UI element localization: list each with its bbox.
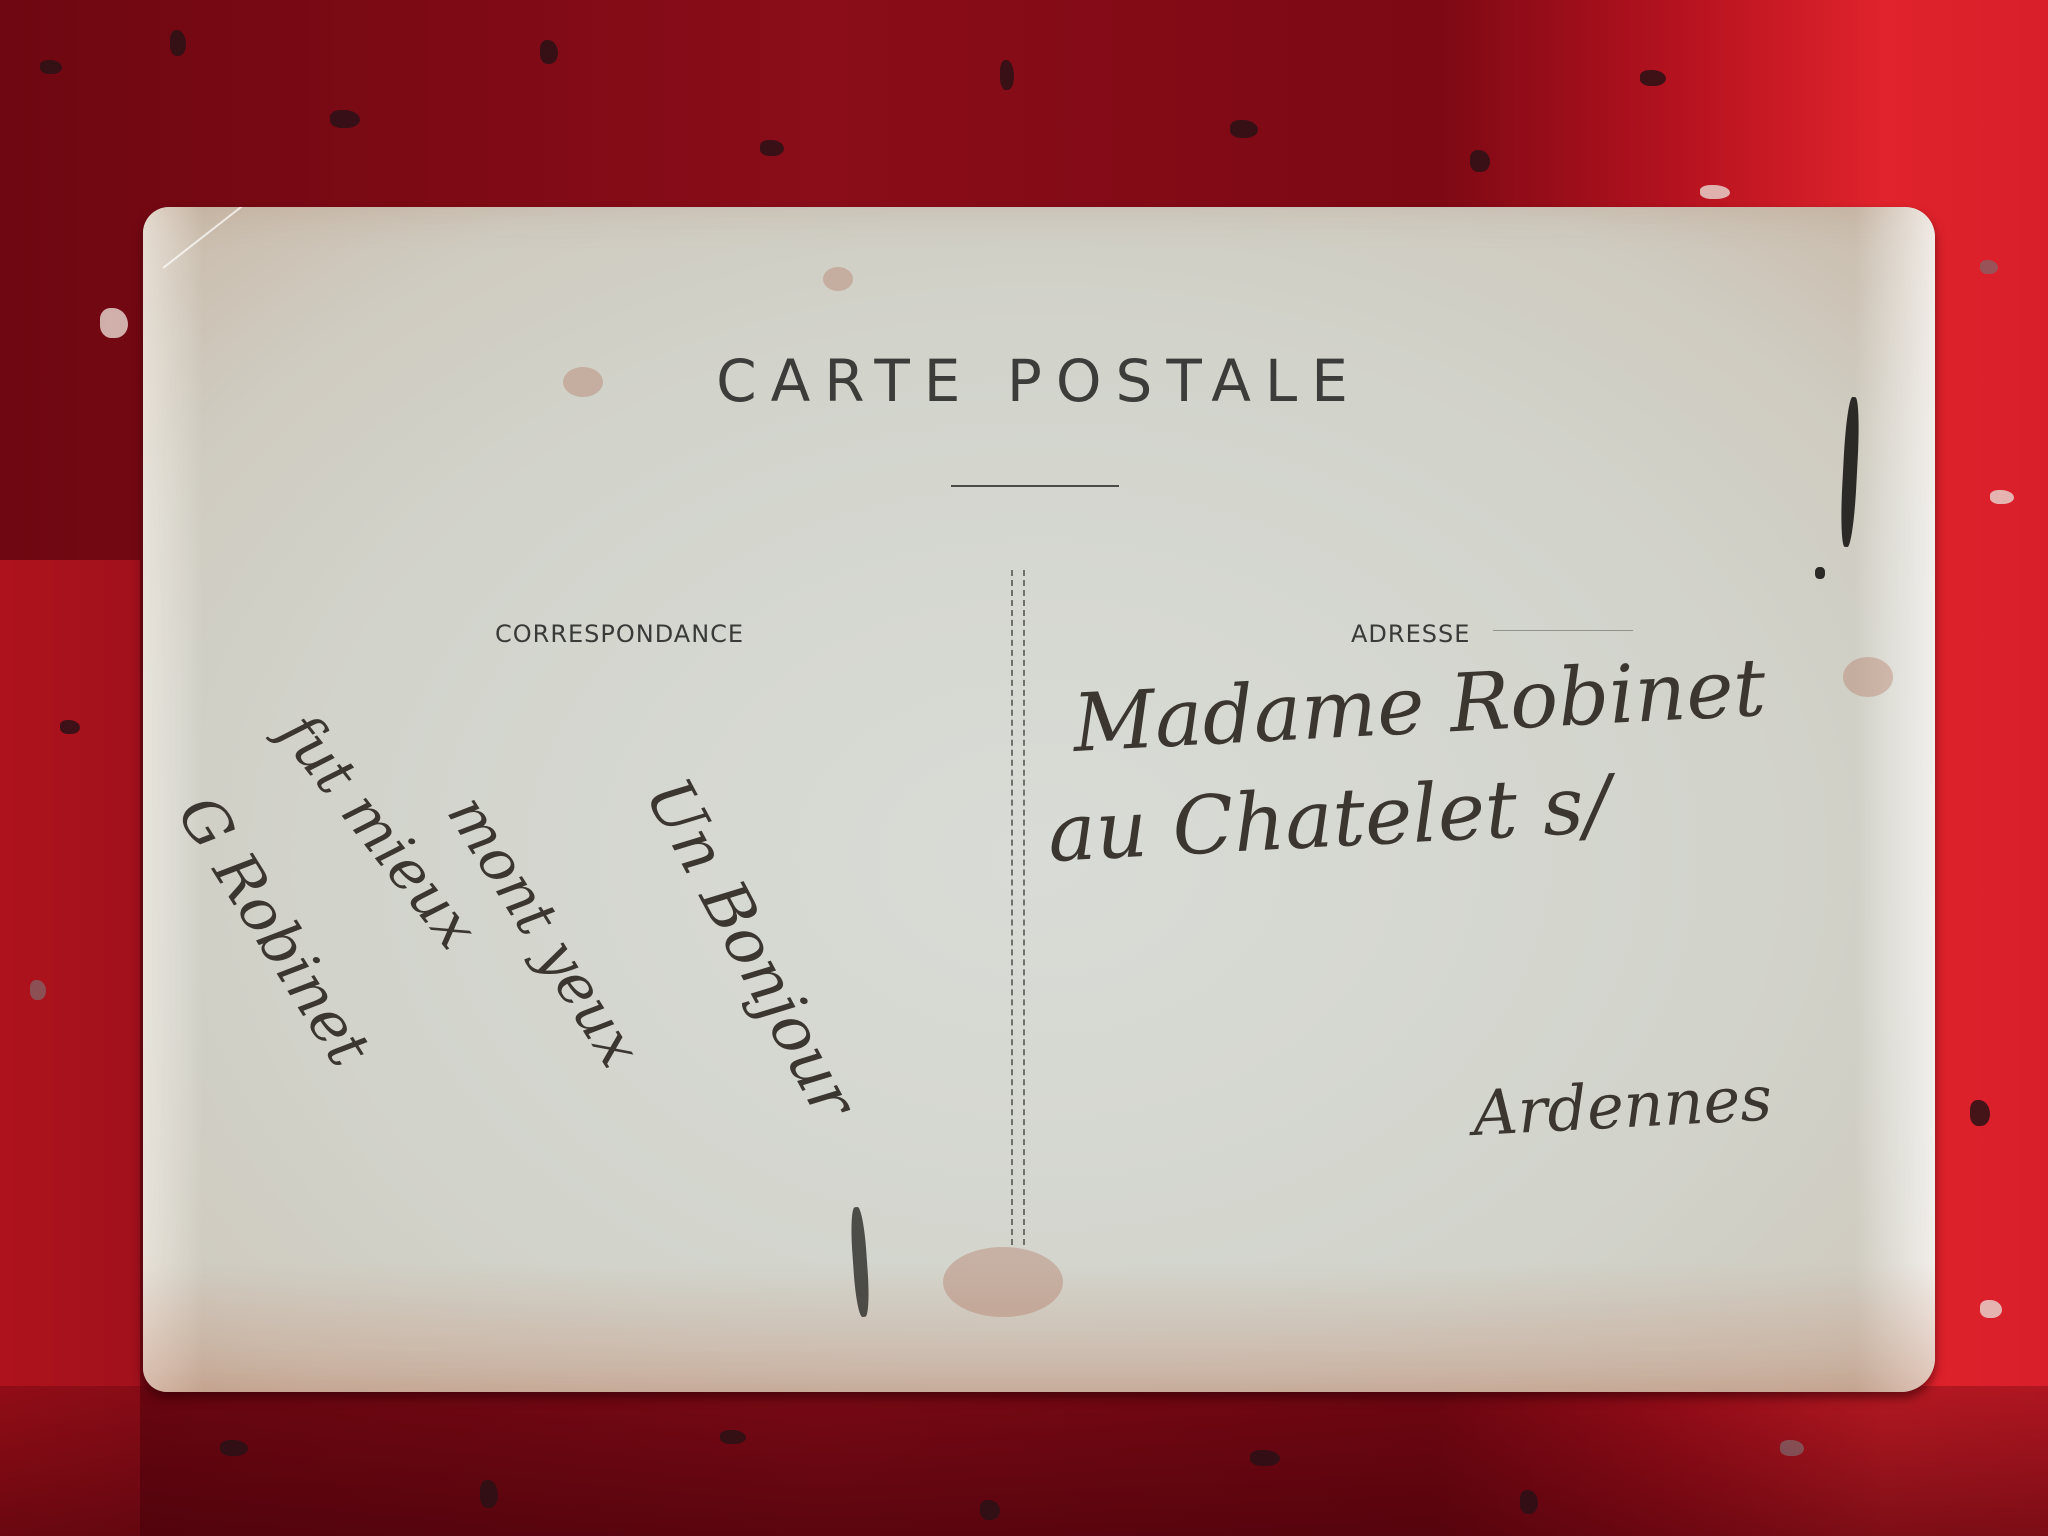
terrazzo-speck xyxy=(720,1430,746,1444)
terrazzo-speck xyxy=(100,308,128,338)
title-rule xyxy=(951,485,1119,487)
address-rule xyxy=(1493,630,1633,631)
terrazzo-speck xyxy=(540,40,558,64)
terrazzo-speck xyxy=(40,60,62,74)
terrazzo-speck xyxy=(1990,490,2014,504)
address-line: au Chatelet s/ xyxy=(1046,758,1613,880)
terrazzo-speck xyxy=(330,110,360,128)
terrazzo-speck xyxy=(1230,120,1258,138)
shadow-area xyxy=(0,1386,2048,1536)
terrazzo-speck xyxy=(220,1440,248,1456)
terrazzo-speck xyxy=(1470,150,1490,172)
postcard: CARTE POSTALE CORRESPONDANCE ADRESSE Un … xyxy=(143,207,1935,1392)
terrazzo-speck xyxy=(980,1500,1000,1520)
terrazzo-speck xyxy=(1780,1440,1804,1456)
correspondence-label: CORRESPONDANCE xyxy=(495,620,744,648)
ink-mark xyxy=(1815,567,1825,579)
terrazzo-speck xyxy=(1980,260,1998,274)
address-line: Madame Robinet xyxy=(1071,641,1768,770)
address-line: Ardennes xyxy=(1471,1061,1774,1150)
terrazzo-speck xyxy=(1970,1100,1990,1126)
foxing-spot xyxy=(943,1247,1063,1317)
terrazzo-speck xyxy=(1250,1450,1280,1466)
terrazzo-speck xyxy=(30,980,46,1000)
terrazzo-speck xyxy=(1520,1490,1538,1514)
terrazzo-speck xyxy=(170,30,186,56)
terrazzo-speck xyxy=(1000,60,1014,90)
address-label: ADRESSE xyxy=(1351,620,1470,648)
terrazzo-speck xyxy=(60,720,80,734)
foxing-spot xyxy=(823,267,853,291)
terrazzo-speck xyxy=(1700,185,1730,199)
foxing-spot xyxy=(1843,657,1893,697)
terrazzo-speck xyxy=(480,1480,498,1508)
postcard-title: CARTE POSTALE xyxy=(143,347,1935,415)
terrazzo-speck xyxy=(760,140,784,156)
terrazzo-speck xyxy=(1640,70,1666,86)
terrazzo-speck xyxy=(1980,1300,2002,1318)
center-divider xyxy=(1011,570,1025,1245)
handwriting-line: Un Bonjour xyxy=(630,767,870,1131)
